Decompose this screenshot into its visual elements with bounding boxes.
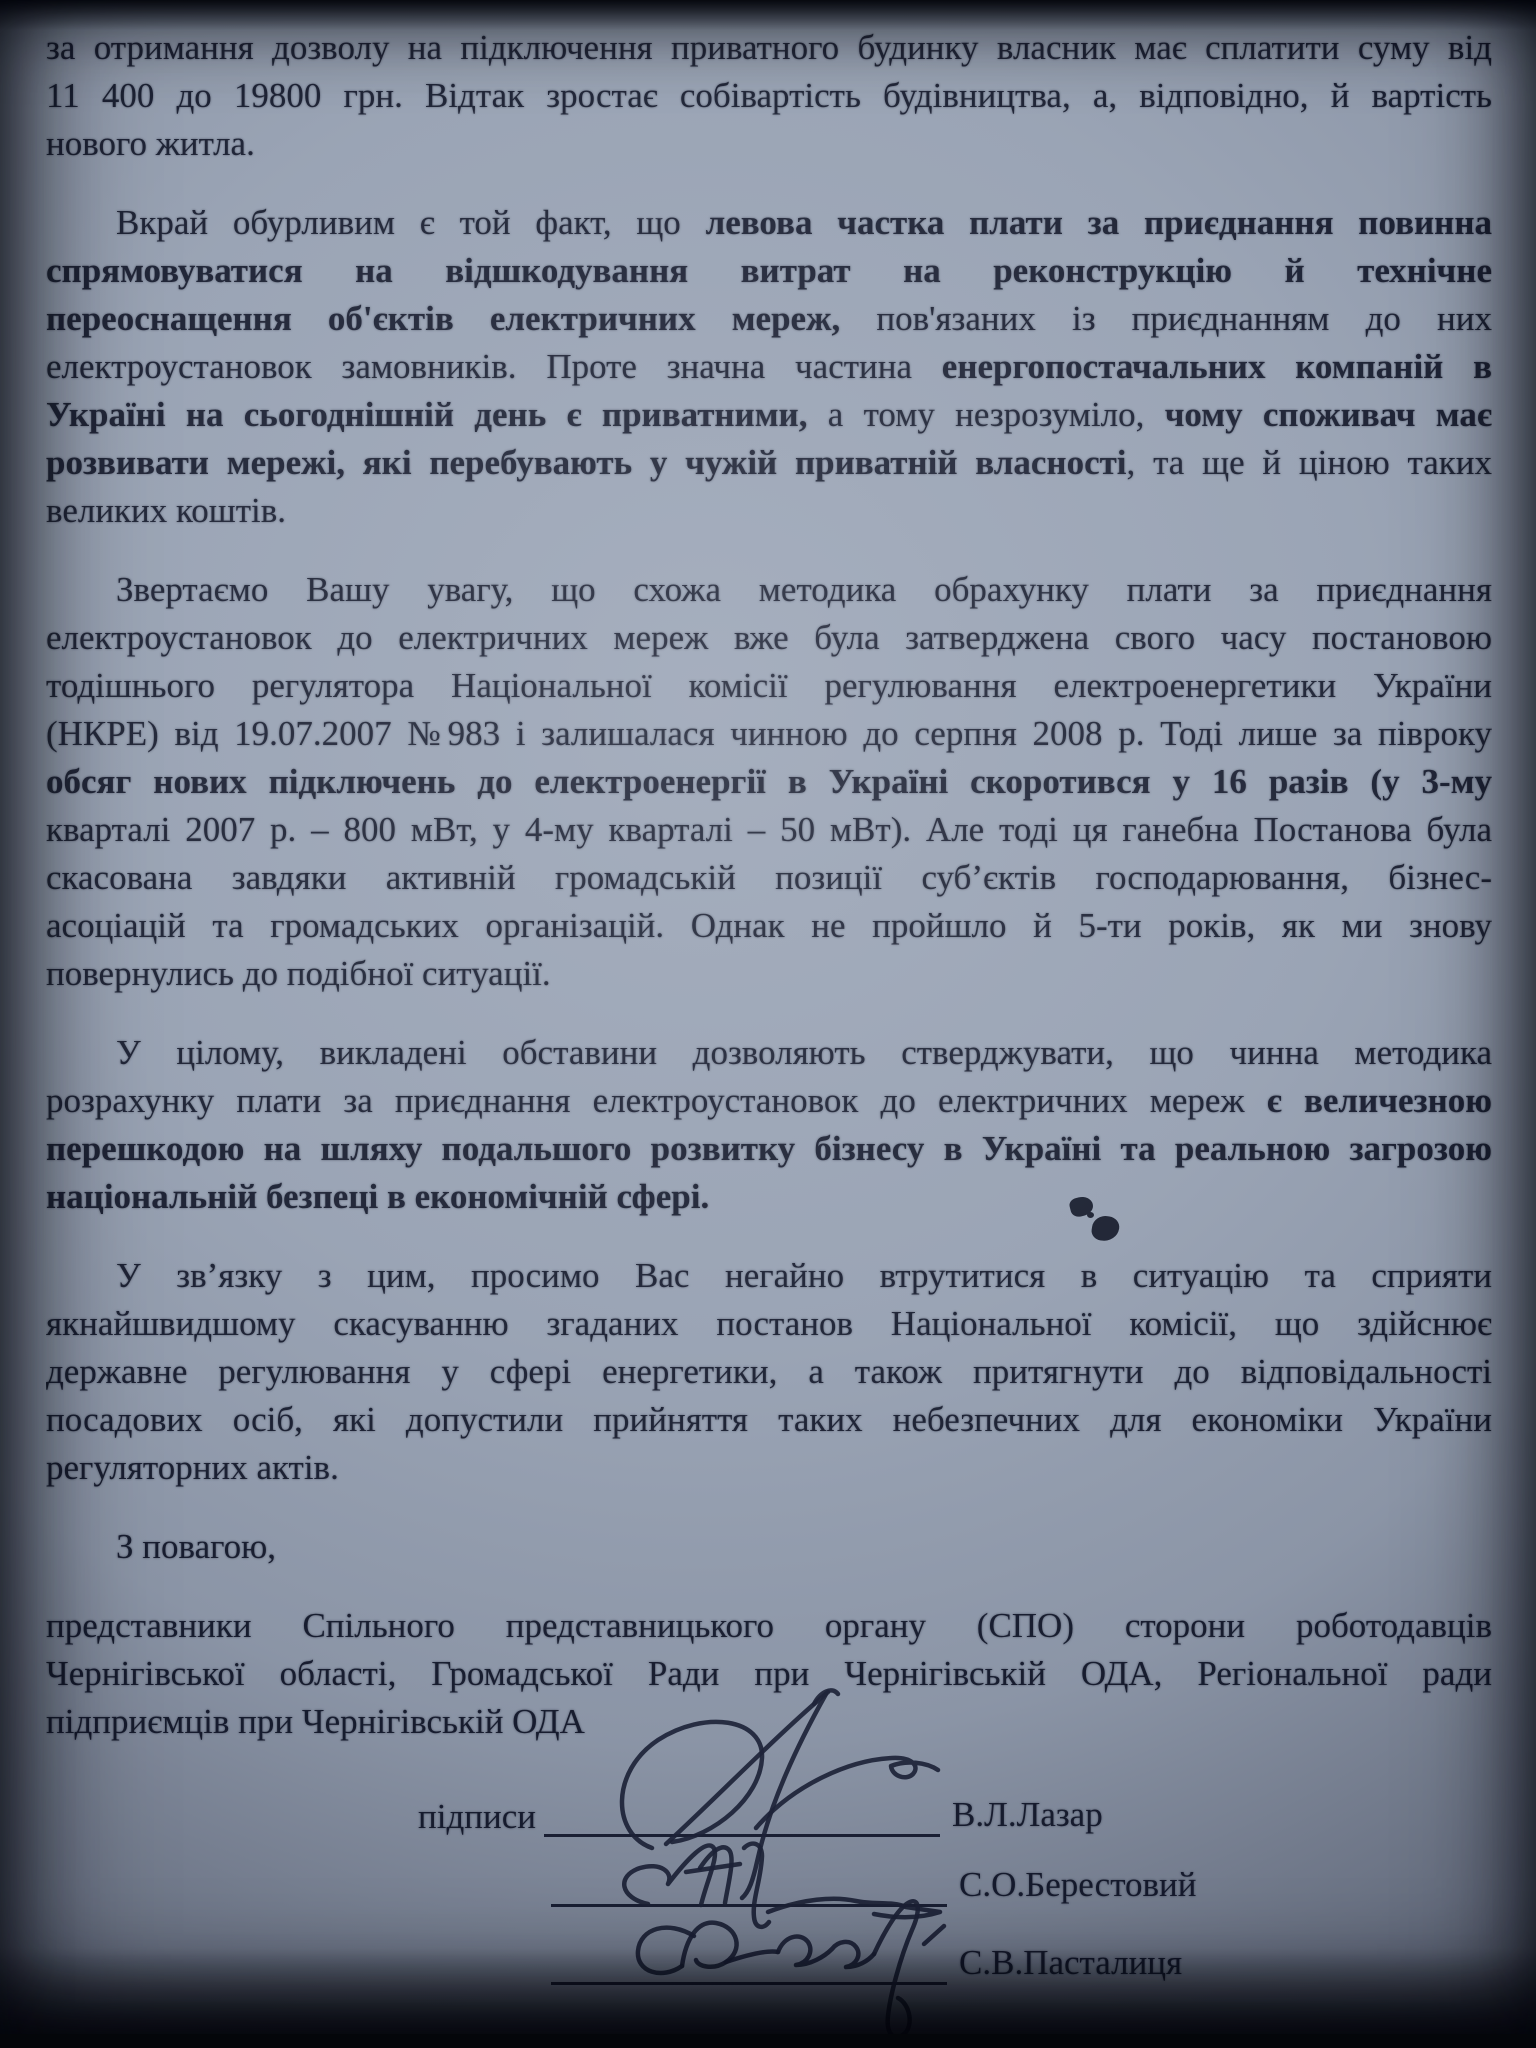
paragraph: представники Спільного представницького …: [46, 1602, 1492, 1746]
signature-row: С.О.Берестовий: [46, 1862, 1197, 1907]
text-line: асоціацій та громадських організацій. Од…: [46, 902, 1492, 950]
signatures-label: підписи: [418, 1797, 536, 1837]
document-photo: за отримання дозволу на підключення прив…: [0, 0, 1536, 2048]
text-line: Вкрай обурливим є той факт, що левова ча…: [46, 199, 1492, 247]
signature-line-1: [544, 1792, 940, 1837]
text-line: великих коштів.: [46, 487, 1492, 535]
document-body: за отримання дозволу на підключення прив…: [46, 24, 1492, 1746]
text-line: У цілому, викладені обставини дозволяють…: [46, 1029, 1492, 1077]
text-line: Чернігівської області, Громадської Ради …: [46, 1650, 1492, 1698]
signature-line-2: [551, 1862, 947, 1907]
photo-black-edge: [0, 2034, 1536, 2048]
text-line: нового житла.: [46, 120, 1492, 168]
signatory-name-2: С.О.Берестовий: [959, 1865, 1197, 1907]
text-line: скасована завдяки активній громадській п…: [46, 854, 1492, 902]
text-line: розвивати мережі, які перебувають у чужі…: [46, 439, 1492, 487]
text-line: обсяг нових підключень до електроенергії…: [46, 758, 1492, 806]
text-line: електроустановок замовників. Проте значн…: [46, 343, 1492, 391]
text-line: перешкодою на шляху подальшого розвитку …: [46, 1125, 1492, 1173]
text-line: представники Спільного представницького …: [46, 1602, 1492, 1650]
paragraph: У цілому, викладені обставини дозволяють…: [46, 1029, 1492, 1221]
text-line: підприємців при Чернігівській ОДА: [46, 1698, 1492, 1746]
text-line: розрахунку плати за приєднання електроус…: [46, 1077, 1492, 1125]
text-line: У зв’язку з цим, просимо Вас негайно втр…: [46, 1252, 1492, 1300]
text-line: (НКРЕ) від 19.07.2007 №983 і залишалася …: [46, 710, 1492, 758]
text-line: Україні на сьогоднішній день є приватним…: [46, 391, 1492, 439]
paragraph: Вкрай обурливим є той факт, що левова ча…: [46, 199, 1492, 535]
text-line: Звертаємо Вашу увагу, що схожа методика …: [46, 566, 1492, 614]
text-line: 11 400 до 19800 грн. Відтак зростає собі…: [46, 72, 1492, 120]
text-line: національній безпеці в економічній сфері…: [46, 1173, 1492, 1221]
text-line: якнайшвидшому скасуванню згаданих постан…: [46, 1300, 1492, 1348]
text-line: за отримання дозволу на підключення прив…: [46, 24, 1492, 72]
signature-row: підписи В.Л.Лазар: [46, 1792, 1103, 1837]
text-line: регуляторних актів.: [46, 1444, 1492, 1492]
text-line: З повагою,: [46, 1523, 1492, 1571]
paragraph: за отримання дозволу на підключення прив…: [46, 24, 1492, 168]
photo-shadow-bottom: [0, 1948, 1536, 2048]
signatory-name-1: В.Л.Лазар: [952, 1795, 1103, 1837]
text-line: електроустановок до електричних мереж вж…: [46, 614, 1492, 662]
paragraph: Звертаємо Вашу увагу, що схожа методика …: [46, 566, 1492, 998]
text-line: спрямовуватися на відшкодування витрат н…: [46, 247, 1492, 295]
paragraph: З повагою,: [46, 1523, 1492, 1571]
text-line: посадових осіб, які допустили прийняття …: [46, 1396, 1492, 1444]
photo-shadow-top: [0, 0, 1536, 30]
text-line: кварталі 2007 р. – 800 мВт, у 4-му кварт…: [46, 806, 1492, 854]
ink-blot: [1087, 1212, 1094, 1218]
text-line: переоснащення об'єктів електричних мереж…: [46, 295, 1492, 343]
text-line: повернулись до подібної ситуації.: [46, 950, 1492, 998]
text-line: тодішнього регулятора Національної коміс…: [46, 662, 1492, 710]
paragraph: У зв’язку з цим, просимо Вас негайно втр…: [46, 1252, 1492, 1492]
text-line: державне регулювання у сфері енергетики,…: [46, 1348, 1492, 1396]
